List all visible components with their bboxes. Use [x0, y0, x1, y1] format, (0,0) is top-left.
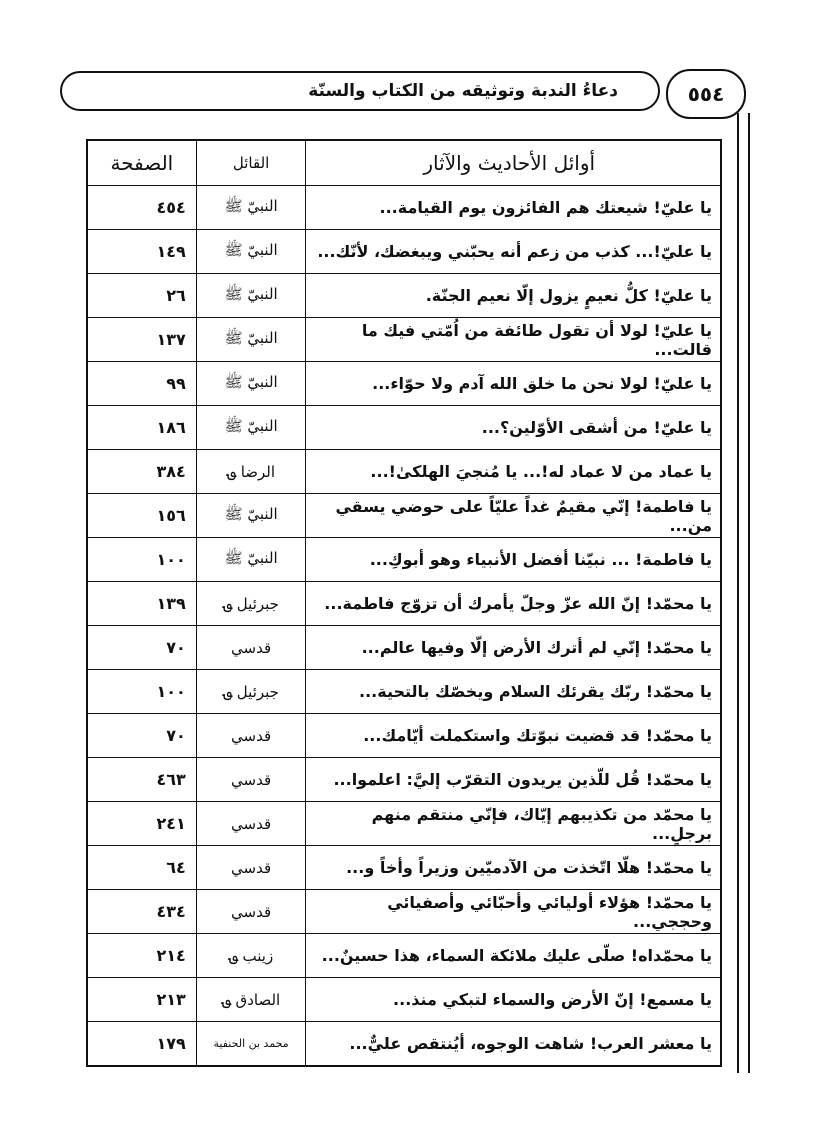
page-cell: ١٣٧: [87, 318, 196, 362]
sayer-cell: النبيّ ﷺ: [196, 494, 306, 538]
sayer-cell: النبيّ ﷺ: [196, 230, 306, 274]
margin-rule-inner: [737, 113, 739, 1073]
sayer-cell: النبيّ ﷺ: [196, 274, 306, 318]
hadith-text-cell: يا محمّد من تكذيبهم إيّاك، فإنّي منتقم م…: [306, 802, 721, 846]
page-cell: ٢٤١: [87, 802, 196, 846]
hadith-text-cell: يا محمّد! هؤلاء أوليائي وأحبّائي وأصفيائ…: [306, 890, 721, 934]
page-cell: ١٤٩: [87, 230, 196, 274]
table-row: يا عليّ! شيعتك هم الفائزون يوم القيامة..…: [87, 186, 721, 230]
page-cell: ١٧٩: [87, 1022, 196, 1067]
hadith-text-cell: يا فاطمة! ... نبيّنا أفضل الأنبياء وهو أ…: [306, 538, 721, 582]
hadith-text-cell: يا عليّ! شيعتك هم الفائزون يوم القيامة..…: [306, 186, 721, 230]
hadith-text-cell: يا محمّد! إنّ الله عزّ وجلّ يأمرك أن تزو…: [306, 582, 721, 626]
sayer-cell: قدسي: [196, 714, 306, 758]
page-cell: ٧٠: [87, 714, 196, 758]
sayer-cell: قدسي: [196, 846, 306, 890]
hadith-text-cell: يا عليّ!... كذب من زعم أنه يحبّني ويبغضك…: [306, 230, 721, 274]
hadith-text-cell: يا محمّد! إنّي لم أترك الأرض إلّا وفيها …: [306, 626, 721, 670]
table-row: يا فاطمة! إنّي مقيمٌ غداً عليّاً على حوض…: [87, 494, 721, 538]
page-cell: ٣٨٤: [87, 450, 196, 494]
hadith-text-cell: يا مسمع! إنّ الأرض والسماء لتبكي منذ...: [306, 978, 721, 1022]
sayer-cell: النبيّ ﷺ: [196, 362, 306, 406]
hadith-text-cell: يا عليّ! من أشقى الأوّلين؟...: [306, 406, 721, 450]
page-cell: ٤٦٣: [87, 758, 196, 802]
table-row: يا عليّ! لولا أن تقول طائفة من اُمّتي في…: [87, 318, 721, 362]
hadith-text-cell: يا محمّد! قد قضيت نبوّتك واستكملت أيّامك…: [306, 714, 721, 758]
sayer-cell: النبيّ ﷺ: [196, 186, 306, 230]
page-cell: ٦٤: [87, 846, 196, 890]
hadith-text-cell: يا محمّد! هلّا اتّخذت من الآدميّين وزيرا…: [306, 846, 721, 890]
margin-rule-outer: [748, 113, 750, 1073]
table-row: يا معشر العرب! شاهت الوجوه، أيُنتقص عليٌ…: [87, 1022, 721, 1067]
page-cell: ١٥٦: [87, 494, 196, 538]
table-row: يا محمّد! هلّا اتّخذت من الآدميّين وزيرا…: [87, 846, 721, 890]
sayer-cell: النبيّ ﷺ: [196, 318, 306, 362]
column-header-page: الصفحة: [87, 140, 196, 186]
hadith-text-cell: يا معشر العرب! شاهت الوجوه، أيُنتقص عليٌ…: [306, 1022, 721, 1067]
table-row: يا مسمع! إنّ الأرض والسماء لتبكي منذ...ا…: [87, 978, 721, 1022]
header-title: دعاءُ الندبة وتوثيقه من الكتاب والسنّة: [308, 81, 618, 101]
column-header-sayer: القائل: [196, 140, 306, 186]
sayer-cell: قدسي: [196, 758, 306, 802]
sayer-cell: جبرئيل ؈: [196, 582, 306, 626]
hadith-text-cell: يا عليّ! لولا نحن ما خلق الله آدم ولا حو…: [306, 362, 721, 406]
hadith-text-cell: يا عماد من لا عماد له!... يا مُنجيَ الهل…: [306, 450, 721, 494]
sayer-cell: الصادق ؈: [196, 978, 306, 1022]
table-row: يا محمّد! قد قضيت نبوّتك واستكملت أيّامك…: [87, 714, 721, 758]
table-row: يا محمّد! قُل للّذين يريدون التقرّب إليَ…: [87, 758, 721, 802]
table-row: يا عليّ! كلُّ نعيمٍ يزول إلّا نعيم الجنّ…: [87, 274, 721, 318]
table-row: يا محمّد! هؤلاء أوليائي وأحبّائي وأصفيائ…: [87, 890, 721, 934]
hadith-text-cell: يا محمّد! قُل للّذين يريدون التقرّب إليَ…: [306, 758, 721, 802]
page-cell: ١٨٦: [87, 406, 196, 450]
page-cell: ١٠٠: [87, 538, 196, 582]
hadith-text-cell: يا فاطمة! إنّي مقيمٌ غداً عليّاً على حوض…: [306, 494, 721, 538]
page-cell: ١٣٩: [87, 582, 196, 626]
hadith-text-cell: يا عليّ! كلُّ نعيمٍ يزول إلّا نعيم الجنّ…: [306, 274, 721, 318]
table-row: يا محمّد من تكذيبهم إيّاك، فإنّي منتقم م…: [87, 802, 721, 846]
page-cell: ٤٥٤: [87, 186, 196, 230]
page-cell: ٧٠: [87, 626, 196, 670]
sayer-cell: قدسي: [196, 626, 306, 670]
hadith-text-cell: يا محمّد! ربّك يقرئك السلام ويخصّك بالتح…: [306, 670, 721, 714]
running-header: دعاءُ الندبة وتوثيقه من الكتاب والسنّة: [60, 71, 660, 111]
sayer-cell: قدسي: [196, 890, 306, 934]
sayer-cell: النبيّ ﷺ: [196, 406, 306, 450]
table-row: يا فاطمة! ... نبيّنا أفضل الأنبياء وهو أ…: [87, 538, 721, 582]
sayer-cell: جبرئيل ؈: [196, 670, 306, 714]
hadith-text-cell: يا عليّ! لولا أن تقول طائفة من اُمّتي في…: [306, 318, 721, 362]
sayer-cell: النبيّ ﷺ: [196, 538, 306, 582]
sayer-cell: محمد بن الحنفية: [196, 1022, 306, 1067]
table-row: يا عليّ! لولا نحن ما خلق الله آدم ولا حو…: [87, 362, 721, 406]
table-row: يا محمّد! ربّك يقرئك السلام ويخصّك بالتح…: [87, 670, 721, 714]
page-cell: ٢١٤: [87, 934, 196, 978]
page-cell: ٢١٣: [87, 978, 196, 1022]
table-row: يا عليّ!... كذب من زعم أنه يحبّني ويبغضك…: [87, 230, 721, 274]
table-row: يا محمّداه! صلّى عليك ملائكة السماء، هذا…: [87, 934, 721, 978]
hadith-text-cell: يا محمّداه! صلّى عليك ملائكة السماء، هذا…: [306, 934, 721, 978]
page-number: ٥٥٤: [688, 82, 725, 106]
page-cell: ٢٦: [87, 274, 196, 318]
sayer-cell: قدسي: [196, 802, 306, 846]
hadith-index-table: أوائل الأحاديث والآثار القائل الصفحة يا …: [86, 139, 722, 1067]
table-row: يا عماد من لا عماد له!... يا مُنجيَ الهل…: [87, 450, 721, 494]
column-header-text: أوائل الأحاديث والآثار: [306, 140, 721, 186]
table-header-row: أوائل الأحاديث والآثار القائل الصفحة: [87, 140, 721, 186]
table-row: يا محمّد! إنّي لم أترك الأرض إلّا وفيها …: [87, 626, 721, 670]
sayer-cell: الرضا ؈: [196, 450, 306, 494]
page-cell: ٤٣٤: [87, 890, 196, 934]
table-row: يا عليّ! من أشقى الأوّلين؟...النبيّ ﷺ١٨٦: [87, 406, 721, 450]
page-cell: ١٠٠: [87, 670, 196, 714]
page-cell: ٩٩: [87, 362, 196, 406]
sayer-cell: زينب ؈: [196, 934, 306, 978]
page-number-badge: ٥٥٤: [666, 69, 746, 119]
table-row: يا محمّد! إنّ الله عزّ وجلّ يأمرك أن تزو…: [87, 582, 721, 626]
